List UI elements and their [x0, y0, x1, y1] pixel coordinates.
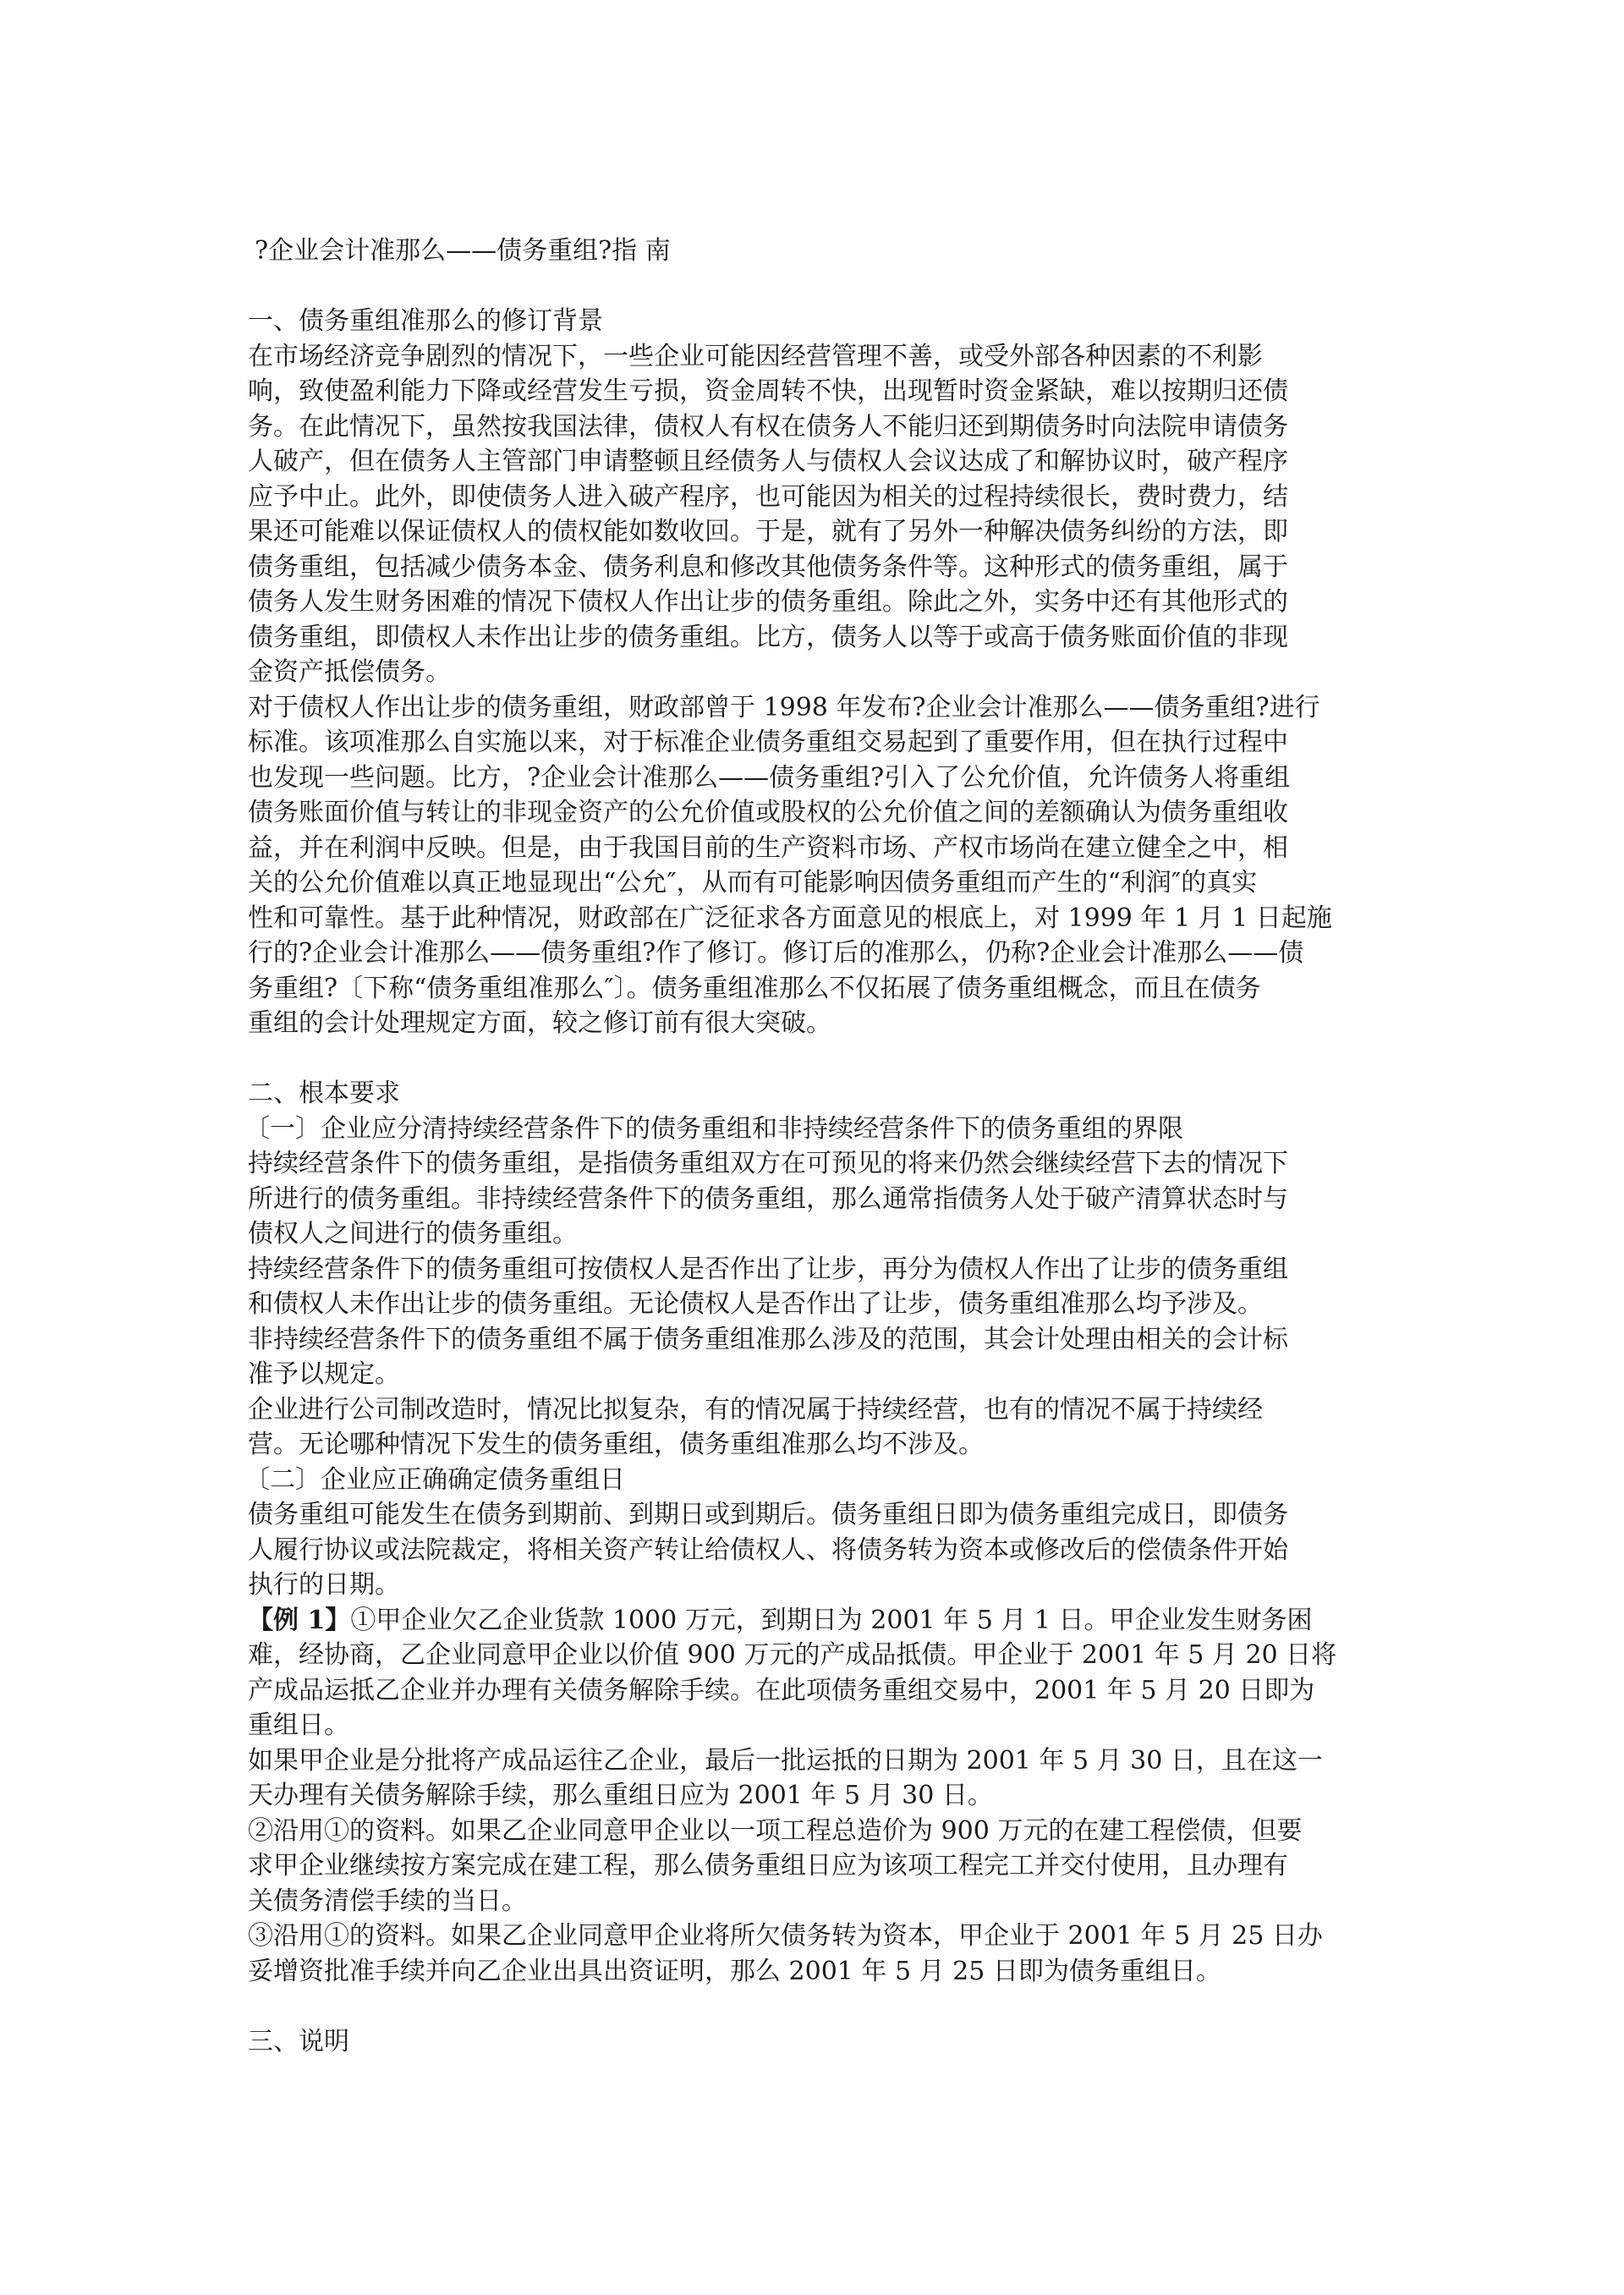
- text-line: 求甲企业继续按方案完成在建工程，那么债务重组日应为该项工程完工并交付使用，且办理…: [248, 1848, 1373, 1884]
- subsection-2-paragraph-1: 债务重组可能发生在债务到期前、到期日或到期后。债务重组日即为债务重组完成日，即债…: [248, 1497, 1373, 1603]
- text-line: 人破产，但在债务人主管部门申请整顿且经债务人与债权人会议达成了和解协议时，破产程…: [248, 444, 1373, 480]
- blank-line: [248, 269, 1373, 305]
- example-1-followup-1: 如果甲企业是分批将产成品运往乙企业，最后一批运抵的日期为 2001 年 5 月 …: [248, 1743, 1373, 1814]
- text-line: 和债权人未作出让步的债务重组。无论债权人是否作出了让步，债务重组准那么均予涉及。: [248, 1287, 1373, 1322]
- subsection-1-paragraph-3: 非持续经营条件下的债务重组不属于债务重组准那么涉及的范围，其会计处理由相关的会计…: [248, 1322, 1373, 1392]
- example-1-followup-3: ③沿用①的资料。如果乙企业同意甲企业将所欠债务转为资本，甲企业于 2001 年 …: [248, 1919, 1373, 1989]
- text-line: 行的?企业会计准那么——债务重组?作了修订。修订后的准那么，仍称?企业会计准那么…: [248, 936, 1373, 971]
- text-line: 关债务清偿手续的当日。: [248, 1884, 1373, 1919]
- example-1: 【例 1】①甲企业欠乙企业货款 1000 万元，到期日为 2001 年 5 月 …: [248, 1603, 1373, 1743]
- text-line: 准予以规定。: [248, 1357, 1373, 1392]
- text-line: 非持续经营条件下的债务重组不属于债务重组准那么涉及的范围，其会计处理由相关的会计…: [248, 1322, 1373, 1358]
- text-line: 标准。该项准那么自实施以来，对于标准企业债务重组交易起到了重要作用，但在执行过程…: [248, 725, 1373, 760]
- text-line: 应予中止。此外，即使债务人进入破产程序，也可能因为相关的过程持续很长，费时费力，…: [248, 480, 1373, 515]
- text-line: ②沿用①的资料。如果乙企业同意甲企业以一项工程总造价为 900 万元的在建工程偿…: [248, 1814, 1373, 1849]
- example-first-line: 【例 1】①甲企业欠乙企业货款 1000 万元，到期日为 2001 年 5 月 …: [248, 1603, 1373, 1639]
- text-line: 重组的会计处理规定方面，较之修订前有很大突破。: [248, 1006, 1373, 1041]
- subsection-1-paragraph-1: 持续经营条件下的债务重组，是指债务重组双方在可预见的将来仍然会继续经营下去的情况…: [248, 1146, 1373, 1252]
- text-line: 如果甲企业是分批将产成品运往乙企业，最后一批运抵的日期为 2001 年 5 月 …: [248, 1743, 1373, 1779]
- text-line: 所进行的债务重组。非持续经营条件下的债务重组，那么通常指债务人处于破产清算状态时…: [248, 1182, 1373, 1217]
- text-line: 债务重组，即债权人未作出让步的债务重组。比方，债务人以等于或高于债务账面价值的非…: [248, 620, 1373, 656]
- text-line: 也发现一些问题。比方，?企业会计准那么——债务重组?引入了公允价值，允许债务人将…: [248, 760, 1373, 796]
- section-1-paragraph-2: 对于债权人作出让步的债务重组，财政部曾于 1998 年发布?企业会计准那么——债…: [248, 690, 1373, 1041]
- document-page: ?企业会计准那么——债务重组?指 南 一、债务重组准那么的修订背景 在市场经济竞…: [248, 233, 1373, 2059]
- text-line: 在市场经济竞争剧烈的情况下，一些企业可能因经营管理不善，或受外部各种因素的不利影: [248, 339, 1373, 375]
- text-line: 关的公允价值难以真正地显现出“公允″，从而有可能影响因债务重组而产生的“利润″的…: [248, 865, 1373, 901]
- text-line: 企业进行公司制改造时，情况比拟复杂，有的情况属于持续经营，也有的情况不属于持续经: [248, 1392, 1373, 1428]
- example-label: 【例 1】: [248, 1606, 350, 1635]
- text-line: 重组日。: [248, 1708, 1373, 1743]
- text-line: 产成品运抵乙企业并办理有关债务解除手续。在此项债务重组交易中，2001 年 5 …: [248, 1673, 1373, 1709]
- text-line: 对于债权人作出让步的债务重组，财政部曾于 1998 年发布?企业会计准那么——债…: [248, 690, 1373, 726]
- text-line: 持续经营条件下的债务重组，是指债务重组双方在可预见的将来仍然会继续经营下去的情况…: [248, 1146, 1373, 1182]
- section-heading-1: 一、债务重组准那么的修订背景: [248, 304, 1373, 339]
- text-line: 人履行协议或法院裁定，将相关资产转让给债权人、将债务转为资本或修改后的偿债条件开…: [248, 1533, 1373, 1568]
- section-1-paragraph-1: 在市场经济竞争剧烈的情况下，一些企业可能因经营管理不善，或受外部各种因素的不利影…: [248, 339, 1373, 690]
- text-line: 果还可能难以保证债权人的债权能如数收回。于是，就有了另外一种解决债务纠纷的方法，…: [248, 514, 1373, 550]
- subsection-heading-2: 〔二〕企业应正确确定债务重组日: [244, 1463, 1373, 1498]
- section-heading-3: 三、说明: [248, 2024, 1373, 2060]
- text-line: 持续经营条件下的债务重组可按债权人是否作出了让步，再分为债权人作出了让步的债务重…: [248, 1252, 1373, 1288]
- text-line: 性和可靠性。基于此种情况，财政部在广泛征求各方面意见的根底上，对 1999 年 …: [248, 901, 1373, 936]
- example-1-followup-2: ②沿用①的资料。如果乙企业同意甲企业以一项工程总造价为 900 万元的在建工程偿…: [248, 1814, 1373, 1919]
- text-line: 债务重组可能发生在债务到期前、到期日或到期后。债务重组日即为债务重组完成日，即债…: [248, 1497, 1373, 1533]
- text-line: 难，经协商，乙企业同意甲企业以价值 900 万元的产成品抵债。甲企业于 2001…: [248, 1638, 1373, 1673]
- text-line: 务重组?〔下称“债务重组准那么″〕。债务重组准那么不仅拓展了债务重组概念，而且在…: [248, 971, 1373, 1007]
- text-line: 债务人发生财务困难的情况下债权人作出让步的债务重组。除此之外，实务中还有其他形式…: [248, 585, 1373, 620]
- text-line: 债务重组，包括减少债务本金、债务利息和修改其他债务条件等。这种形式的债务重组，属…: [248, 550, 1373, 585]
- subsection-1-paragraph-2: 持续经营条件下的债务重组可按债权人是否作出了让步，再分为债权人作出了让步的债务重…: [248, 1252, 1373, 1322]
- document-title: ?企业会计准那么——债务重组?指 南: [248, 233, 1373, 269]
- text-line: 金资产抵偿债务。: [248, 655, 1373, 690]
- text-line: 益，并在利润中反映。但是，由于我国目前的生产资料市场、产权市场尚在建立健全之中，…: [248, 831, 1373, 866]
- subsection-heading-1: 〔一〕企业应分清持续经营条件下的债务重组和非持续经营条件下的债务重组的界限: [244, 1112, 1373, 1147]
- text-line: 妥增资批准手续并向乙企业出具出资证明，那么 2001 年 5 月 25 日即为债…: [248, 1954, 1373, 1990]
- subsection-1-paragraph-4: 企业进行公司制改造时，情况比拟复杂，有的情况属于持续经营，也有的情况不属于持续经…: [248, 1392, 1373, 1463]
- text-line: ③沿用①的资料。如果乙企业同意甲企业将所欠债务转为资本，甲企业于 2001 年 …: [248, 1919, 1373, 1954]
- text-line: 务。在此情况下，虽然按我国法律，债权人有权在债务人不能归还到期债务时向法院申请债…: [248, 409, 1373, 445]
- text-line: 债权人之间进行的债务重组。: [248, 1216, 1373, 1252]
- section-heading-2: 二、根本要求: [248, 1076, 1373, 1112]
- blank-line: [248, 1041, 1373, 1077]
- example-first-line-text: ①甲企业欠乙企业货款 1000 万元，到期日为 2001 年 5 月 1 日。甲…: [350, 1606, 1312, 1635]
- blank-line: [248, 1989, 1373, 2024]
- text-line: 营。无论哪种情况下发生的债务重组，债务重组准那么均不涉及。: [248, 1427, 1373, 1463]
- text-line: 债务账面价值与转让的非现金资产的公允价值或股权的公允价值之间的差额确认为债务重组…: [248, 795, 1373, 831]
- text-line: 执行的日期。: [248, 1568, 1373, 1603]
- text-line: 响，致使盈利能力下降或经营发生亏损，资金周转不快，出现暂时资金紧缺，难以按期归还…: [248, 374, 1373, 409]
- text-line: 天办理有关债务解除手续，那么重组日应为 2001 年 5 月 30 日。: [248, 1778, 1373, 1814]
